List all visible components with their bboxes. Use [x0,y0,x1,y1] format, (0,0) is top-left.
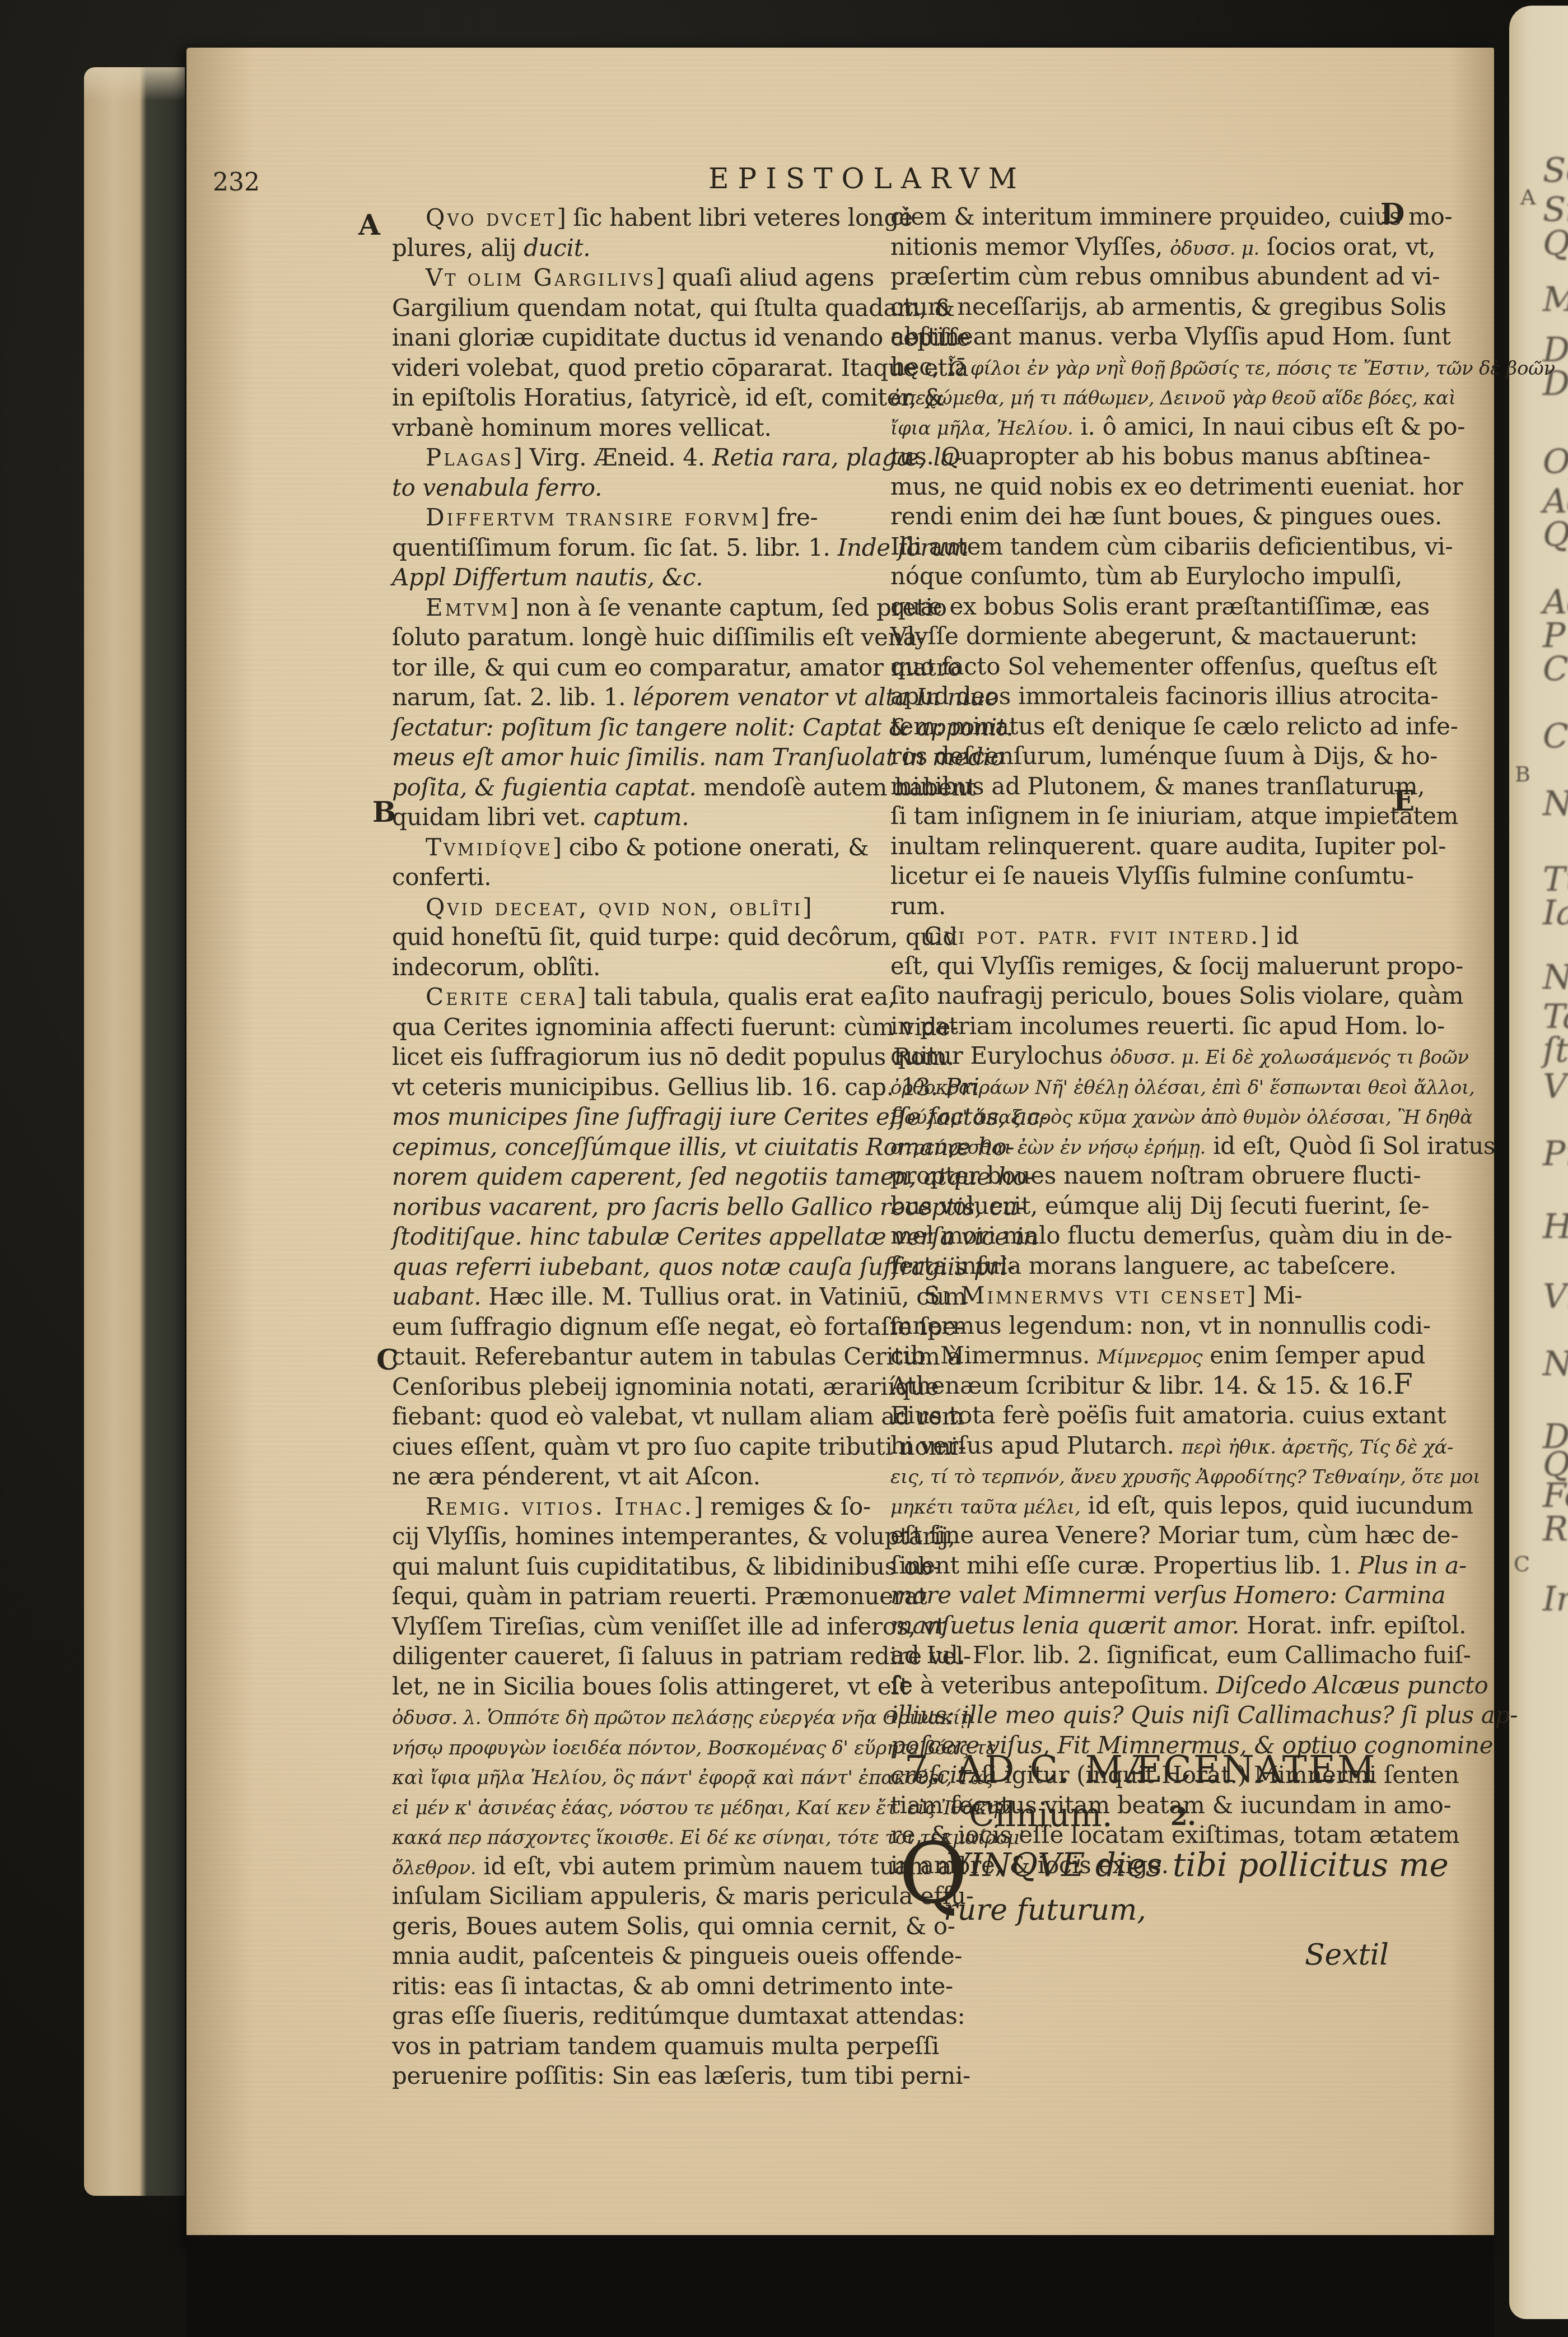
text-line: Illi autem tandem cùm cibariis deficient… [890,532,1383,562]
text-line: narum, ſat. 2. lib. 1. léporem venator v… [392,682,896,713]
greek-quotation: στρεύγεσθαι ἐὼν ἐν νήσῳ ἐρήμῃ. [890,1137,1206,1159]
text-line: cib. Mimermnus. Μίμνερμος enim ſemper ap… [890,1340,1383,1371]
text-line: Cerite cera] tali tabula, qualis erat ea… [392,982,896,1012]
line-text: Cenſoribus plebeij ignominia notati, æra… [392,1373,939,1400]
text-line: ſequi, quàm in patriam reuerti. Præmonue… [392,1581,896,1612]
text-line: cepimus, conceſſúmque illis, vt ciuitati… [392,1132,896,1162]
line-text: inultam relinquerent. quare audita, Iupi… [890,832,1446,860]
facing-page-line: M [1543,280,1568,319]
facing-page-line: Hæc ſe [1543,1207,1568,1246]
line-text: ] remiges & ſo- [694,1493,871,1520]
text-line: quidam libri vet. captum. [392,802,896,832]
text-line: ſe à veteribus antepoſitum. Diſcedo Alcæ… [890,1670,1383,1701]
line-text: mus, ne quid nobis ex eo detrimenti euen… [890,473,1463,500]
line-text: ] tali tabula, qualis erat ea, [577,983,895,1011]
line-text: hęc, [890,353,947,380]
text-line: quo facto Sol vehementer offenſus, queſt… [890,651,1383,682]
text-line: manſuetus lenia quærit amor. Horat. infr… [890,1610,1383,1641]
text-line: ſi tam inſignem in ſe iniuriam, atque im… [890,801,1383,831]
text-line: Tvmidíqve] cibo & potione onerati, & [392,832,896,863]
text-line: Βούλομ' ἅπαξ πρὸς κῦμα χανὼν ἀπὸ θυμὸν ὀ… [890,1101,1383,1131]
line-text: narum, ſat. 2. lib. 1. [392,683,633,711]
text-line: mus, ne quid nobis ex eo detrimenti euen… [890,472,1383,502]
line-text: ſe à veteribus antepoſitum. [890,1672,1216,1699]
line-text: propter boues nauem noſtram obruere fluc… [890,1162,1421,1189]
text-line: Emtvm] non à ſe venante captum, ſed pret… [392,593,896,623]
line-text: ſi tam inſignem in ſe iniuriam, atque im… [890,802,1458,830]
page-number: 232 [213,168,260,197]
text-line: εἰ μέν κ' ἀσινέας ἐάας, νόστου τε μέδηαι… [392,1791,896,1822]
text-line: mnia audit, paſcenteis & pingueis oueis … [392,1941,896,1971]
lemma: Tvmidíqve [426,834,553,861]
line-text: ne æra pénderent, vt ait Aſcon. [392,1463,760,1490]
text-line: quæ ex bobus Solis erant præſtantiſſimæ,… [890,592,1383,622]
line-text: quid honeſtū ſit, quid turpe: quid decôr… [392,923,958,951]
line-text: ] Virg. Æneid. 4. [513,444,712,471]
line-text: ſequi, quàm in patriam reuerti. Præmonue… [392,1582,927,1610]
text-line: licet eis ſuffragiorum ius nō dedit popu… [392,1042,896,1072]
line-text: vos in patriam tandem quamuis multa perp… [392,2032,939,2060]
left-column-commentary: Qvo dvcet] ſic habent libri veteres long… [392,203,896,2091]
lemma: Cvi pot. patr. fvit interd. [924,922,1260,949]
text-line: Vlyſſem Tireſias, cùm veniſſet ille ad i… [392,1612,896,1642]
line-text: ] Mi- [1247,1282,1302,1309]
margin-letter-f: F [1393,1368,1413,1400]
line-text: Gargilium quendam notat, qui ſtulta quad… [392,294,955,322]
text-line: eſt, qui Vlyſſis remiges, & ſocij maluer… [890,951,1383,981]
italic-quotation: Diſcedo Alcæus puncto [1216,1672,1488,1699]
text-line: peruenire poſſitis: Sin eas læſeris, tum… [392,2061,896,2091]
line-text: cib. Mimermnus. [890,1342,1097,1369]
text-line: καὶ ἴφια μῆλα Ἠελίου, ὃς πάντ' ἐφορᾷ καὶ… [392,1761,896,1791]
text-line: rum. [890,891,1383,921]
facing-page-line: Vir bo [1543,1277,1568,1316]
text-line: indecorum, oblîti. [392,952,896,983]
line-text: Illi autem tandem cùm cibariis deficient… [890,533,1453,560]
line-text: eſt, qui Vlyſſis remiges, & ſocij maluer… [890,952,1463,980]
line-text: ] cibo & potione onerati, & [553,834,869,861]
text-line: licetur ei ſe naueis Vlyſſis fulmine con… [890,861,1383,891]
text-line: rendi enim dei hæ ſunt boues, & pingues … [890,501,1383,532]
text-line: Vlyſſe dormiente abegerunt, & mactauerun… [890,621,1383,651]
line-text: præſertim cùm rebus omnibus abundent ad … [890,263,1440,290]
line-text: vt ceteris municipibus. Gellius lib. 16.… [392,1073,945,1101]
book-spine-edge [84,67,185,2196]
text-line: poſita, & fugientia captat. mendoſè aute… [392,772,896,803]
facing-page-line: Nec [1543,1344,1568,1384]
epistle-heading: 7. AD C. MÆCENATEM [904,1748,1377,1791]
text-line: qui malunt ſuis cupiditatibus, & libidin… [392,1552,896,1582]
line-text: quidam libri vet. [392,803,594,831]
line-text: quo facto Sol vehementer offenſus, queſt… [890,653,1437,680]
italic-quotation: manſuetus lenia quærit amor. [890,1612,1239,1639]
text-line: Cvi pot. patr. fvit interd.] id [890,921,1383,951]
catchword: Sextil [1305,1938,1389,1972]
text-line: quid honeſtū ſit, quid turpe: quid decôr… [392,922,896,952]
line-text: mnia audit, paſcenteis & pingueis oueis … [392,1942,962,1970]
lemma: Qvid deceat, qvid non, oblîti [426,893,802,921]
text-line: νήσῳ προφυγὼν ἰοειδέα πόντον, Βοσκομένας… [392,1731,896,1762]
text-line: ἀπεχώμεθα, μή τι πάθωμεν, Δεινοῦ γὰρ θεο… [890,381,1383,412]
text-line: tiam ſecutus vitam beatam & iucundam in … [890,1790,1383,1821]
line-text: ] [802,893,811,921]
italic-quotation: uabant. [392,1283,481,1310]
line-text: eum ſuffragio dignum eſſe negat, eò fort… [392,1313,964,1340]
lemma: Si Mimnermvs vti censet [924,1282,1247,1309]
line-text: id eſt, Quòd ſi Sol iratus [1206,1132,1495,1160]
line-text: nóque conſumto, tùm ab Eurylocho impulſi… [890,562,1402,590]
line-text: diligenter caueret, ſi ſaluus in patriam… [392,1642,971,1670]
text-line: eſt ſine aurea Venere? Moriar tum, cùm h… [890,1520,1383,1551]
text-line: Differtvm transire forvm] fre- [392,502,896,533]
line-text: in epiſtolis Horatius, ſatyricè, id eſt,… [392,384,945,411]
lemma: Cerite cera [426,983,577,1011]
line-text: rendi enim dei hæ ſunt boues, & pingues … [890,502,1442,530]
text-line: apud deos immortaleis facinoris illius a… [890,681,1383,711]
right-column-commentary: ciem & interitum imminere prǫuideo, cuiu… [890,202,1383,1880]
line-text: quitur Eurylochus [890,1042,1110,1069]
text-line: conferti. [392,862,896,892]
text-line: noribus vacarent, pro ſacris bello Galli… [392,1192,896,1222]
text-line: præſertim cùm rebus omnibus abundent ad … [890,262,1383,292]
line-text: licet eis ſuffragiorum ius nō dedit popu… [392,1043,954,1070]
facing-page-line: Non [1543,784,1568,823]
line-text: inſulam Siciliam appuleris, & maris peri… [392,1882,974,1910]
facing-page-line: Con [1543,650,1568,689]
lemma: Differtvm transire forvm [426,504,760,531]
text-line: Si Mimnermvs vti censet] Mi- [890,1281,1383,1311]
line-text: fiebant: quod eò valebat, vt nullam alia… [392,1403,964,1430]
facing-page-line: Prodig [1543,1134,1568,1174]
line-text: ſocios orat, vt, [1259,233,1435,260]
line-text: indecorum, oblîti. [392,953,600,981]
italic-quotation: Appl Differtum nautis, &c. [392,564,703,591]
facing-page-margin-letter: C [1514,1552,1530,1576]
text-line: tor ille, & qui cum eo comparatur, amato… [392,653,896,683]
line-text: rum. [890,892,946,920]
line-text: mel mori malo fluctu demerſus, quàm diu … [890,1222,1452,1249]
line-text: qua Cerites ignominia affecti fuerunt: c… [392,1013,958,1041]
line-text: ritis: eas ſi intactas, & ab omni detrim… [392,1972,953,2000]
greek-quotation: Βούλομ' ἅπαξ πρὸς κῦμα χανὼν ἀπὸ θυμὸν ὀ… [890,1106,1473,1129]
line-text: gras eſſe ſiueris, reditúmque dumtaxat a… [392,2002,965,2029]
text-line: more valet Mimnermi verſus Homero: Carmi… [890,1580,1383,1610]
greek-quotation: εις, τί τὸ τερπνόν, ἄνευ χρυσῆς Ἀφροδίτη… [890,1466,1480,1488]
line-text: tor ille, & qui cum eo comparatur, amato… [392,654,961,681]
text-line: plures, alij ducit. [392,233,896,263]
lemma: Qvo dvcet [426,204,557,231]
line-text: Eius tota ferè poëſis fuit amatoria. cui… [890,1402,1446,1429]
greek-quotation: μηκέτι ταῦτα μέλει, [890,1496,1081,1519]
italic-quotation: ducit. [524,234,590,262]
line-text: inani gloriæ cupiditate ductus id venand… [392,324,970,351]
text-line: bus voluerit, eúmque alij Dij ſecuti fue… [890,1191,1383,1221]
text-line: abſtineant manus. verba Vlyſſis apud Hom… [890,322,1383,352]
line-text: ciem & interitum imminere prǫuideo, cuiu… [890,203,1452,230]
line-text: Athenæum ſcribitur & libr. 14. & 15. & 1… [890,1372,1393,1399]
scan-bottom-background [186,2235,1494,2337]
text-line: cij Vlyſſis, homines intemperantes, & vo… [392,1521,896,1552]
text-line: mnermus legendum: non, vt in nonnullis c… [890,1311,1383,1341]
text-line: vrbanè hominum mores vellicat. [392,413,896,443]
text-line: qua Cerites ignominia affecti fuerunt: c… [392,1012,896,1042]
text-line: fiebant: quod eò valebat, vt nullam alia… [392,1402,896,1432]
page-gutter-shadow [186,48,254,2249]
text-line: quas referri iubebant, quos notæ cauſa ſ… [392,1252,896,1282]
line-text: ] fre- [760,504,818,531]
greek-quotation: ὀδυσσ. μ. [1170,238,1259,260]
text-line: ſtoditiſque. hinc tabulæ Cerites appella… [392,1222,896,1252]
line-text: Horat. infr. epiſtol. [1239,1612,1466,1639]
text-line: nitionis memor Vlyſſes, ὀδυσσ. μ. ſocios… [890,232,1383,262]
line-text: ctum neceſſarijs, ab armentis, & gregibu… [890,293,1446,320]
facing-page-line: Inter [1543,1580,1568,1619]
line-text: geris, Boues autem Solis, qui omnia cern… [392,1912,955,1940]
text-line: στρεύγεσθαι ἐὼν ἐν νήσῳ ἐρήμῃ. id eſt, Q… [890,1131,1383,1161]
line-text: vrbanè hominum mores vellicat. [392,414,771,441]
greek-quotation: ὄλεθρον. [392,1857,476,1879]
text-line: in patriam incolumes reuerti. ſic apud H… [890,1011,1383,1041]
text-line: Athenæum ſcribitur & libr. 14. & 15. & 1… [890,1371,1383,1401]
text-line: Vt olim Gargilivs] quaſi aliud agens [392,263,896,293]
line-text: quæ ex bobus Solis erant præſtantiſſimæ,… [890,593,1430,620]
facing-page-line: Qu [1543,515,1568,555]
text-line: eum ſuffragio dignum eſſe negat, eò fort… [392,1312,896,1342]
text-line: hi verſus apud Plutarch. περὶ ἠθικ. ἀρετ… [890,1431,1383,1461]
italic-quotation: Plus in a- [1358,1552,1467,1579]
line-text: hi verſus apud Plutarch. [890,1432,1182,1459]
text-line: inani gloriæ cupiditate ductus id venand… [392,323,896,353]
text-line: ciem & interitum imminere prǫuideo, cuiu… [890,202,1383,232]
italic-quotation: more valet Mimnermi verſus Homero: Carmi… [890,1581,1445,1609]
facing-page-line: Nō [1543,958,1568,997]
text-line: inſulam Siciliam appuleris, & maris peri… [392,1881,896,1911]
epistle-incipit-line-2: rure futurum, [944,1893,1146,1927]
text-line: vos in patriam tandem quamuis multa perp… [392,2031,896,2061]
facing-page-line: ſt [1543,1031,1568,1070]
text-line: quitur Eurylochus ὀδυσσ. μ. Εἰ δὲ χολωσά… [890,1041,1383,1071]
greek-quotation: Ὦ φίλοι ἐν γὰρ νηῒ θοῇ βρῶσίς τε, πόσις … [947,357,1555,380]
line-text: ] id [1260,922,1299,949]
line-text: ſerta inſula morans languere, ac tabeſce… [890,1252,1397,1279]
margin-letter-a: A [358,208,380,241]
line-text: ] quaſi aliud agens [656,264,874,291]
text-line: meus eſt amor huic ſimilis. nam Tranſuol… [392,742,896,772]
text-line: uabant. Hæc ille. M. Tullius orat. in Va… [392,1282,896,1312]
facing-page-line: Cum [1543,717,1568,756]
line-text: conferti. [392,863,491,891]
line-text: nitionis memor Vlyſſes, [890,233,1170,260]
text-line: let, ne in Sicilia boues ſolis attingere… [392,1672,896,1702]
text-line: ſectatur: poſitum ſic tangere nolit: Cap… [392,713,896,743]
text-line: ſerta inſula morans languere, ac tabeſce… [890,1251,1383,1281]
line-text: cij Vlyſſis, homines intemperantes, & vo… [392,1523,955,1550]
text-line: minibus ad Plutonem, & manes tranſlaturu… [890,771,1383,802]
text-line: ctum neceſſarijs, ab armentis, & gregibu… [890,292,1383,322]
facing-page-margin-letter: A [1520,185,1536,210]
epistle-incipit-line-1: VINQVE dies tibi pollicitus me [946,1846,1449,1884]
running-head: EPISTOLARVM [708,162,1026,195]
line-text: plures, alij [392,234,524,262]
greek-quotation: ἀπεχώμεθα, μή τι πάθωμεν, Δεινοῦ γὰρ θεο… [890,387,1456,409]
line-text: id eſt, quis lepos, quid iucundum [1081,1492,1473,1519]
line-text: ciues eſſent, quàm vt pro ſuo capite tri… [392,1433,966,1460]
text-line: Qvo dvcet] ſic habent libri veteres long… [392,203,896,233]
greek-quotation: ὀδυσσ. λ. Ὁππότε δὴ πρῶτον πελάσῃς εὐεργ… [392,1707,972,1729]
text-line: illius: ille meo quis? Quis niſi Callima… [890,1700,1383,1730]
text-line: ctauit. Referebantur autem in tabulas Ce… [392,1342,896,1372]
line-text: quentiſſimum forum. ſic ſat. 5. libr. 1. [392,534,838,561]
text-line: tem: minatus eſt denique ſe cælo relicto… [890,711,1383,742]
text-line: ritis: eas ſi intactas, & ab omni detrim… [392,1971,896,2001]
line-text: Vlyſſem Tireſias, cùm veniſſet ille ad i… [392,1613,945,1640]
text-line: norem quidem caperent, ſed negotiis tame… [392,1162,896,1192]
line-text: videri volebat, quod pretio cōpararat. I… [392,354,968,381]
text-line: ciues eſſent, quàm vt pro ſuo capite tri… [392,1432,896,1462]
line-text: ſito naufragij periculo, boues Solis vio… [890,982,1463,1009]
facing-page-fragment: SeSiQuMDeDupOffAdQuaAdPConuCumpNonhTumIa… [1509,6,1568,2319]
line-text: ad Iul. Flor. lib. 2. ſignificat, eum Ca… [890,1641,1471,1669]
facing-page-line: Se [1543,151,1568,190]
italic-quotation: illius: ille meo quis? Quis niſi Callima… [890,1701,1518,1729]
line-text: ctauit. Referebantur autem in tabulas Ce… [392,1343,961,1370]
lemma: Remig. vitios. Ithac. [426,1493,694,1520]
line-text: Vlyſſe dormiente abegerunt, & mactauerun… [890,622,1417,650]
text-line: ἴφια μῆλα, Ἠελίου. i. ô amici, In naui c… [890,412,1383,442]
lemma: Vt olim Gargilivs [426,264,656,291]
text-line: diligenter caueret, ſi ſaluus in patriam… [392,1641,896,1672]
facing-page-line: Iam [1543,893,1568,933]
greek-quotation: ἴφια μῆλα, Ἠελίου. [890,417,1073,440]
line-text: ſinent mihi eſſe curæ. Propertius lib. 1… [890,1552,1358,1579]
line-text: in patriam incolumes reuerti. ſic apud H… [890,1012,1445,1040]
text-line: μηκέτι ταῦτα μέλει, id eſt, quis lepos, … [890,1491,1383,1521]
line-text: minibus ad Plutonem, & manes tranſlaturu… [890,772,1425,800]
line-text: enim ſemper apud [1202,1342,1425,1369]
lemma: Emtvm [426,594,510,621]
facing-page-line: Qu [1543,224,1568,263]
line-text: mnermus legendum: non, vt in nonnullis c… [890,1312,1431,1339]
greek-quotation: Μίμνερμος [1097,1346,1202,1368]
italic-quotation: poſita, & fugientia captat. [392,774,697,801]
greek-quotation: περὶ ἠθικ. ἀρετῆς, Τίς δὲ χά- [1182,1436,1454,1459]
text-line: tus. Quapropter ab his bobus manus abſti… [890,441,1383,472]
text-line: Gargilium quendam notat, qui ſtulta quad… [392,293,896,323]
line-text: abſtineant manus. verba Vlyſſis apud Hom… [890,323,1450,350]
line-text: tem: minatus eſt denique ſe cælo relicto… [890,713,1458,740]
line-text: ] ſic habent libri veteres longè [557,204,912,231]
text-line: Remig. vitios. Ithac.] remiges & ſo- [392,1492,896,1522]
text-line: Plagas] Virg. Æneid. 4. Retia rara, plag… [392,443,896,473]
text-line: ὀρθοκραιράων Νῆ' ἐθέλῃ ὀλέσαι, ἐπὶ δ' ἕσ… [890,1071,1383,1101]
line-text: ] non à ſe venante captum, ſed pretio [510,594,946,621]
text-line: Cenſoribus plebeij ignominia notati, æra… [392,1372,896,1402]
text-line: geris, Boues autem Solis, qui omnia cern… [392,1911,896,1942]
facing-page-line: Off [1543,443,1568,482]
facing-page-line: Vt lib [1543,1067,1568,1106]
text-line: κακά περ πάσχοντες ἵκοισθε. Εἰ δέ κε σίν… [392,1821,896,1851]
text-line: in epiſtolis Horatius, ſatyricè, id eſt,… [392,383,896,413]
greek-quotation: ὀρθοκραιράων Νῆ' ἐθέλῃ ὀλέσαι, ἐπὶ δ' ἕσ… [890,1077,1475,1099]
line-text: i. ô amici, In naui cibus eſt & po- [1073,413,1465,440]
lemma: Plagas [426,444,513,471]
line-text: eſt ſine aurea Venere? Moriar tum, cùm h… [890,1521,1458,1549]
line-text: apud deos immortaleis facinoris illius a… [890,682,1438,710]
text-line: quentiſſimum forum. ſic ſat. 5. libr. 1.… [392,533,896,563]
line-text: let, ne in Sicilia boues ſolis attingere… [392,1673,909,1700]
line-text: ſoluto paratum. longè huic diſſimilis eſ… [392,623,925,651]
text-line: ad Iul. Flor. lib. 2. ſignificat, eum Ca… [890,1640,1383,1670]
text-line: vt ceteris municipibus. Gellius lib. 16.… [392,1072,896,1102]
line-text: licetur ei ſe naueis Vlyſſis fulmine con… [890,862,1413,890]
text-line: Appl Differtum nautis, &c. [392,562,896,593]
text-line: ſoluto paratum. longè huic diſſimilis eſ… [392,622,896,653]
text-line: ſito naufragij periculo, boues Solis vio… [890,981,1383,1011]
text-line: ros deſcenſurum, luménque ſuum à Dijs, &… [890,741,1383,771]
text-line: gras eſſe ſiueris, reditúmque dumtaxat a… [392,2001,896,2031]
epistle-book-number: 2. [1170,1803,1196,1831]
text-line: ne æra pénderent, vt ait Aſcon. [392,1461,896,1492]
line-text: ros deſcenſurum, luménque ſuum à Dijs, &… [890,742,1438,770]
italic-quotation: to venabula ferro. [392,474,602,501]
facing-page-line: Redde [1543,1510,1568,1549]
italic-quotation: captum. [594,803,689,831]
greek-quotation: ὀδυσσ. μ. Εἰ δὲ χολωσάμενός τι βοῶν [1110,1046,1469,1069]
text-line: ὀδυσσ. λ. Ὁππότε δὴ πρῶτον πελάσῃς εὐεργ… [392,1701,896,1731]
epistle-subtitle: Cilnium. [969,1795,1113,1835]
text-line: ſinent mihi eſſe curæ. Propertius lib. 1… [890,1551,1383,1581]
text-line: videri volebat, quod pretio cōpararat. I… [392,353,896,383]
line-text: peruenire poſſitis: Sin eas læſeris, tum… [392,2062,970,2089]
text-line: Qvid deceat, qvid non, oblîti] [392,892,896,923]
text-line: mel mori malo fluctu demerſus, quàm diu … [890,1221,1383,1251]
line-text: qui malunt ſuis cupiditatibus, & libidin… [392,1553,940,1580]
facing-page-margin-letter: B [1515,762,1530,786]
text-line: ὄλεθρον. id eſt, vbi autem primùm nauem … [392,1851,896,1882]
text-line: Eius tota ferè poëſis fuit amatoria. cui… [890,1400,1383,1431]
text-line: hęc, Ὦ φίλοι ἐν γὰρ νηῒ θοῇ βρῶσίς τε, π… [890,352,1383,382]
text-line: propter boues nauem noſtram obruere fluc… [890,1161,1383,1191]
line-text: bus voluerit, eúmque alij Dij ſecuti fue… [890,1192,1429,1219]
text-line: to venabula ferro. [392,473,896,503]
line-text: tus. Quapropter ab his bobus manus abſti… [890,443,1430,470]
text-line: nóque conſumto, tùm ab Eurylocho impulſi… [890,561,1383,592]
text-line: inultam relinquerent. quare audita, Iupi… [890,831,1383,862]
text-line: mos municipes ſine ſuffragij iure Cerite… [392,1102,896,1132]
text-line: εις, τί τὸ τερπνόν, ἄνευ χρυσῆς Ἀφροδίτη… [890,1460,1383,1491]
